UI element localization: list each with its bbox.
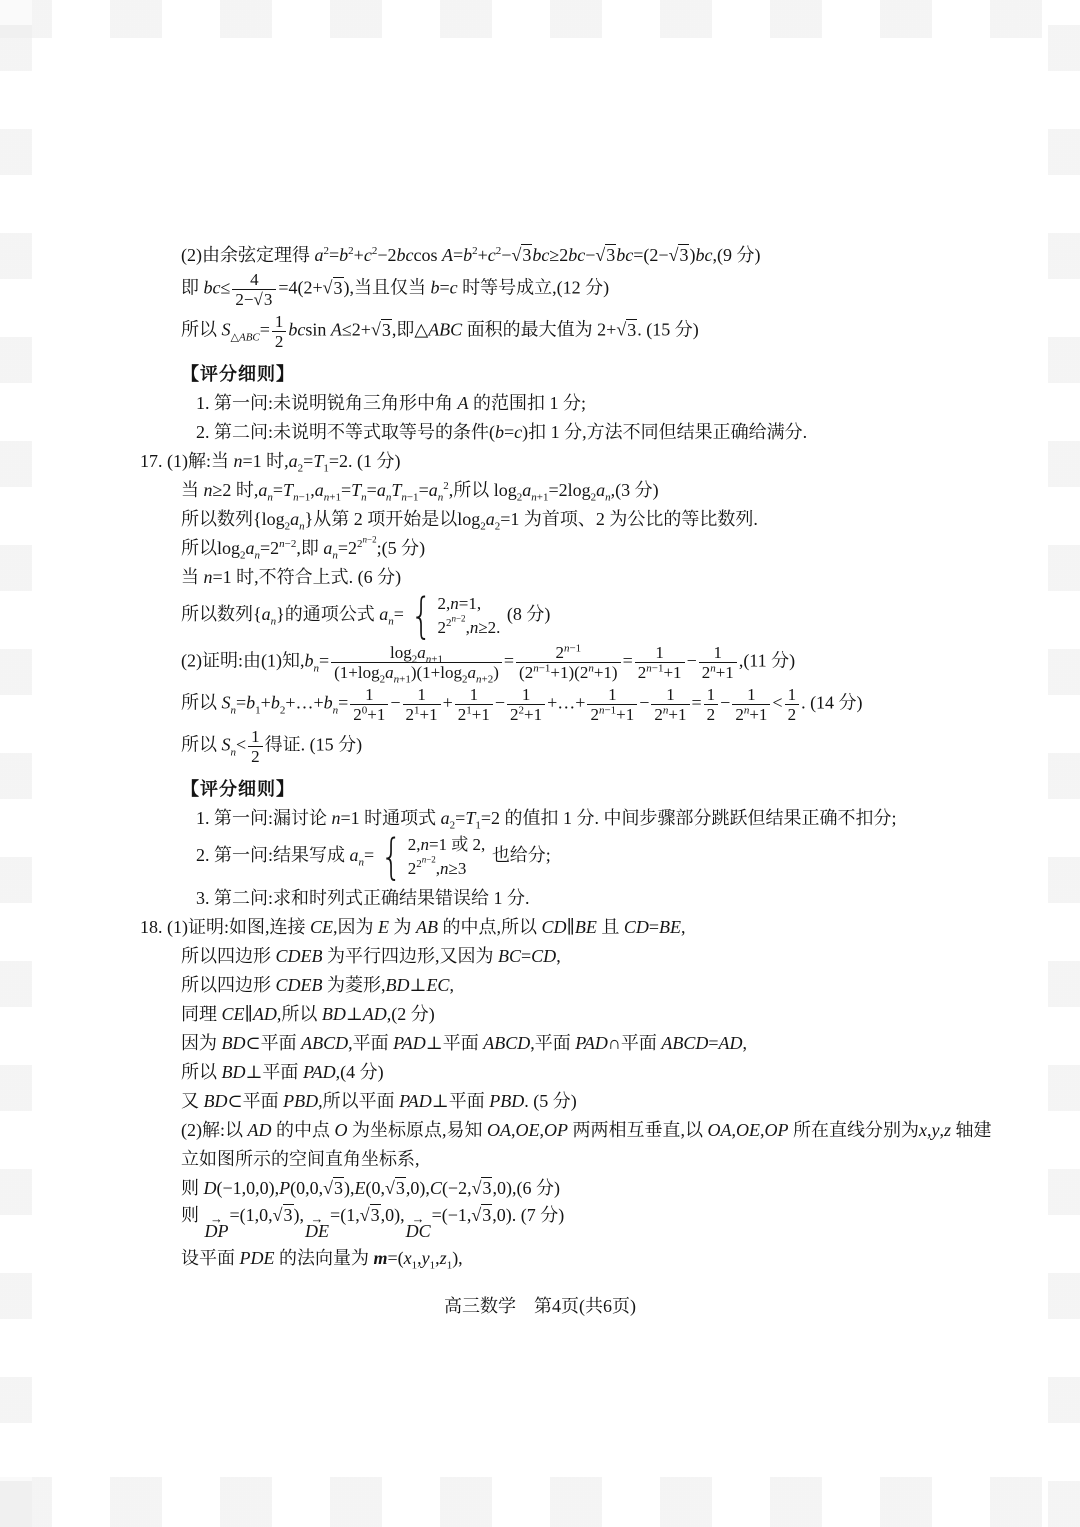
rubric2-item3: 3. 第二问:求和时列式正确结果错误给 1 分. (196, 886, 1025, 910)
p18-part1-l2: 所以四边形 CDEB 为平行四边形,又因为 BC=CD, (181, 944, 1025, 968)
p18-part1-l3: 所以四边形 CDEB 为菱形,BD⊥EC, (181, 973, 1025, 997)
p18-part2-l1: (2)解:以 AD 的中点 O 为坐标原点,易知 OA,OE,OP 两两相互垂直… (181, 1118, 1025, 1142)
p17-part2-bn: (2)证明:由(1)知,bn=log2an+1(1+log2an+1)(1+lo… (181, 643, 1025, 682)
rubric1-header: 【评分细则】 (181, 362, 1025, 386)
scan-artifact-top (0, 0, 1080, 38)
rubric1-item1: 1. 第一问:未说明锐角三角形中角 A 的范围扣 1 分; (196, 391, 1025, 415)
p17-sum-telescope: 所以 Sn=b1+b2+…+bn=120+1−121+1+121+1−122+1… (181, 685, 1025, 724)
solution-text-block: (2)由余弦定理得 a2=b2+c2−2bccos A=b2+c2−√3bc≥2… (181, 238, 1025, 1270)
p17-general-formula: 所以数列{an}的通项公式 an={2,n=1,22n−2,n≥2. (8 分) (181, 592, 1025, 640)
p18-part1-l5: 因为 BD⊂平面 ABCD,平面 PAD⊥平面 ABCD,平面 PAD∩平面 A… (181, 1031, 1025, 1055)
p18-part1-l7: 又 BD⊂平面 PBD,所以平面 PAD⊥平面 PBD. (5 分) (181, 1089, 1025, 1113)
p18-part1-l1: 18. (1)证明:如图,连接 CE,因为 E 为 AB 的中点,所以 CD∥B… (140, 915, 1025, 939)
p18-part1-l4: 同理 CE∥AD,所以 BD⊥AD,(2 分) (181, 1002, 1025, 1026)
rubric2-header: 【评分细则】 (181, 777, 1025, 801)
p16-area-max-line: 所以 S△ABC=12bcsin A≤2+√3,即△ABC 面积的最大值为 2+… (181, 312, 1025, 351)
footer-page-number: 第4页(共6页) (534, 1296, 636, 1316)
p18-vectors: 则 →DP=(1,0,√3),→DE=(1,√3,0),→DC=(−1,√3,0… (181, 1203, 1025, 1241)
p17-recurrence: 当 n≥2 时,an=Tn−1,an+1=Tn=anTn−1=an2,所以 lo… (181, 478, 1025, 502)
p16-bc-bound-line: 即 bc≤42−√3=4(2+√3),当且仅当 b=c 时等号成立,(12 分) (181, 270, 1025, 309)
p16-part2-cosine-line: (2)由余弦定理得 a2=b2+c2−2bccos A=b2+c2−√3bc≥2… (181, 243, 1025, 267)
p18-part2-l2: 立如图所示的空间直角坐标系, (181, 1147, 1025, 1171)
p18-coords: 则 D(−1,0,0),P(0,0,√3),E(0,√3,0),C(−2,√3,… (181, 1176, 1025, 1200)
page-footer: 高三数学第4页(共6页) (0, 1292, 1080, 1318)
p18-normal-vector: 设平面 PDE 的法向量为 m=(x1,y1,z1), (181, 1246, 1025, 1270)
footer-course-title: 高三数学 (444, 1296, 516, 1316)
p17-n1-check: 当 n=1 时,不符合上式. (6 分) (181, 565, 1025, 589)
p17-general-log: 所以log2an=2n−2,即 an=22n−2;(5 分) (181, 536, 1025, 560)
exam-answer-page: (2)由余弦定理得 a2=b2+c2−2bccos A=b2+c2−√3bc≥2… (0, 0, 1080, 1527)
p18-part1-l6: 所以 BD⊥平面 PAD,(4 分) (181, 1060, 1025, 1084)
rubric2-item1: 1. 第一问:漏讨论 n=1 时通项式 a2=T1=2 的值扣 1 分. 中间步… (196, 806, 1025, 830)
p17-geometric-seq: 所以数列{log2an}从第 2 项开始是以log2a2=1 为首项、2 为公比… (181, 507, 1025, 531)
p17-conclusion: 所以 Sn<12得证. (15 分) (181, 727, 1025, 766)
rubric1-item2: 2. 第二问:未说明不等式取等号的条件(b=c)扣 1 分,方法不同但结果正确给… (196, 420, 1025, 444)
p17-part1-n1: 17. (1)解:当 n=1 时,a2=T1=2. (1 分) (140, 449, 1025, 473)
scan-artifact-bottom (0, 1477, 1080, 1527)
rubric2-item2: 2. 第一问:结果写成 an={2,n=1 或 2,22n−2,n≥3 也给分; (196, 833, 1025, 881)
